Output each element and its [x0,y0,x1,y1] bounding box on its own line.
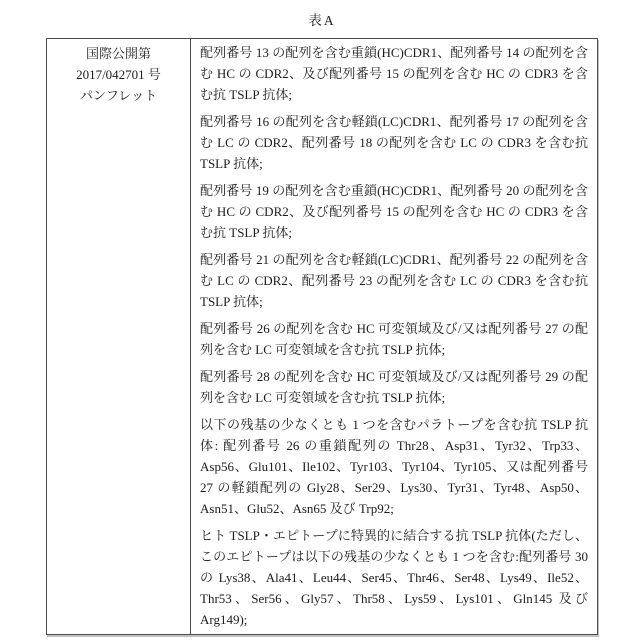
source-line-publication: 国際公開第 [53,43,184,64]
document-page: 表A 国際公開第 2017/042701 号 パンフレット 配列番号 13 の配… [0,0,640,640]
claim-paragraph: 配列番号 21 の配列を含む軽鎖(LC)CDR1、配列番号 22 の配列を含む … [200,249,588,312]
claims-cell: 配列番号 13 の配列を含む重鎖(HC)CDR1、配列番号 14 の配列を含む … [191,39,597,634]
source-line-number: 2017/042701 号 [53,64,184,85]
claim-paragraph: 配列番号 19 の配列を含む重鎖(HC)CDR1、配列番号 20 の配列を含む … [200,180,588,243]
claim-paragraph: ヒト TSLP・エピトープに特異的に結合する抗 TSLP 抗体(ただし、このエピ… [200,525,588,630]
patent-table: 国際公開第 2017/042701 号 パンフレット 配列番号 13 の配列を含… [46,38,598,635]
source-line-pamphlet: パンフレット [53,85,184,106]
claim-paragraph: 以下の残基の少なくとも 1 つを含むパラトープを含む抗 TSLP 抗体: 配列番… [200,414,588,519]
claim-paragraph: 配列番号 13 の配列を含む重鎖(HC)CDR1、配列番号 14 の配列を含む … [200,42,588,105]
claim-paragraph: 配列番号 26 の配列を含む HC 可変領域及び/又は配列番号 27 の配列を含… [200,318,588,360]
source-reference-cell: 国際公開第 2017/042701 号 パンフレット [47,39,191,634]
claim-paragraph: 配列番号 16 の配列を含む軽鎖(LC)CDR1、配列番号 17 の配列を含む … [200,111,588,174]
table-title: 表A [46,9,598,29]
claim-paragraph: 配列番号 28 の配列を含む HC 可変領域及び/又は配列番号 29 の配列を含… [200,366,588,408]
